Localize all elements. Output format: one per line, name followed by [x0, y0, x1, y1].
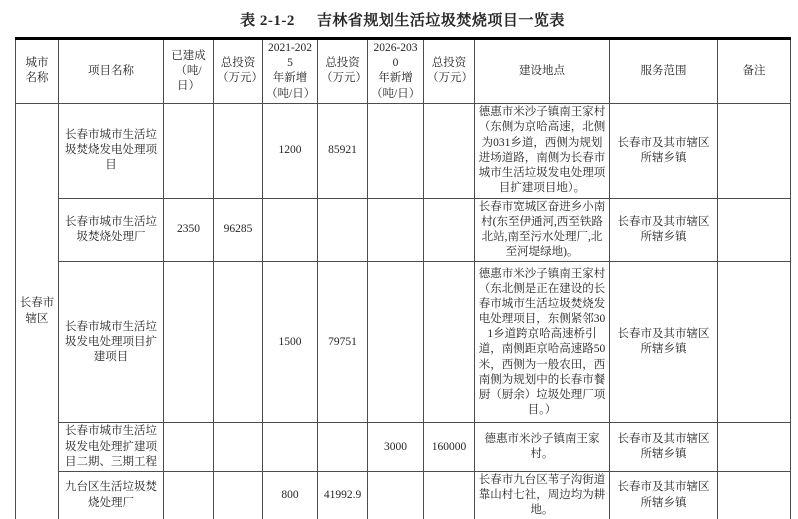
- table-title-text: 吉林省规划生活垃圾焚烧项目一览表: [317, 13, 565, 29]
- investment-2026-2030-cell: [424, 262, 475, 423]
- table-number: 表 2-1-2: [240, 13, 295, 29]
- table-row: 长春市 辖区 长春市城市生活垃圾焚烧发电处理项目 1200 85921 德惠市米…: [16, 103, 791, 198]
- location-cell: 长春市宽城区奋进乡小南村(东至伊通河,西至铁路北站,南至污水处理厂,北至河堤绿地…: [475, 198, 610, 262]
- built-investment-cell: [214, 103, 263, 198]
- service-area-cell: 长春市及其市辖区所辖乡镇: [610, 103, 718, 198]
- col-header-service-area: 服务范围: [610, 39, 718, 104]
- waste-incineration-projects-table: 城市 名称 项目名称 已建成 （吨/日） 总投资 （万元） 2021-2025 …: [15, 37, 791, 519]
- investment-2026-2030-cell: [424, 103, 475, 198]
- project-name-cell: 长春市城市生活垃圾发电处理项目扩建项目: [59, 262, 164, 423]
- location-cell: 长春市九台区苇子沟街道靠山村七社，周边均为耕地。: [475, 471, 610, 519]
- investment-2026-2030-cell: [424, 471, 475, 519]
- col-header-note: 备注: [718, 39, 791, 104]
- built-investment-cell: [214, 471, 263, 519]
- header-row: 城市 名称 项目名称 已建成 （吨/日） 总投资 （万元） 2021-2025 …: [16, 39, 791, 104]
- service-area-cell: 长春市及其市辖区所辖乡镇: [610, 198, 718, 262]
- location-cell: 德惠市米沙子镇南王家村（东侧为京哈高速，北侧为031乡道，西侧为规划进场道路，南…: [475, 103, 610, 198]
- investment-2026-2030-cell: 160000: [424, 423, 475, 472]
- new-2026-2030-cell: [368, 198, 424, 262]
- built-capacity-cell: 2350: [164, 198, 214, 262]
- note-cell: [718, 262, 791, 423]
- note-cell: [718, 471, 791, 519]
- built-capacity-cell: [164, 471, 214, 519]
- table-row: 长春市城市生活垃圾发电处理项目扩建项目 1500 79751 德惠市米沙子镇南王…: [16, 262, 791, 423]
- col-header-investment-2026-2030: 总投资 （万元）: [424, 39, 475, 104]
- new-2021-2025-cell: [263, 423, 318, 472]
- city-group-cell: 长春市 辖区: [16, 103, 59, 519]
- table-row: 长春市城市生活垃圾发电处理扩建项目二期、三期工程 3000 160000 德惠市…: [16, 423, 791, 472]
- built-capacity-cell: [164, 262, 214, 423]
- new-2021-2025-cell: 1500: [263, 262, 318, 423]
- location-cell: 德惠市米沙子镇南王家村（东北侧是正在建设的长春市城市生活垃圾焚烧发电处理项目，东…: [475, 262, 610, 423]
- table-row: 九台区生活垃圾焚烧处理厂 800 41992.9 长春市九台区苇子沟街道靠山村七…: [16, 471, 791, 519]
- built-capacity-cell: [164, 103, 214, 198]
- built-investment-cell: [214, 262, 263, 423]
- col-header-built-investment: 总投资 （万元）: [214, 39, 263, 104]
- location-cell: 德惠市米沙子镇南王家村。: [475, 423, 610, 472]
- col-header-built: 已建成 （吨/日）: [164, 39, 214, 104]
- new-2026-2030-cell: [368, 471, 424, 519]
- col-header-investment-2021-2025: 总投资 （万元）: [318, 39, 368, 104]
- investment-2021-2025-cell: 85921: [318, 103, 368, 198]
- col-header-project: 项目名称: [59, 39, 164, 104]
- col-header-city: 城市 名称: [16, 39, 59, 104]
- new-2026-2030-cell: [368, 262, 424, 423]
- col-header-new-2026-2030: 2026-2030 年新增 （吨/日）: [368, 39, 424, 104]
- new-2021-2025-cell: 1200: [263, 103, 318, 198]
- investment-2021-2025-cell: 41992.9: [318, 471, 368, 519]
- new-2026-2030-cell: 3000: [368, 423, 424, 472]
- new-2021-2025-cell: 800: [263, 471, 318, 519]
- new-2021-2025-cell: [263, 198, 318, 262]
- col-header-new-2021-2025: 2021-2025 年新增 （吨/日）: [263, 39, 318, 104]
- note-cell: [718, 423, 791, 472]
- project-name-cell: 长春市城市生活垃圾焚烧处理厂: [59, 198, 164, 262]
- note-cell: [718, 198, 791, 262]
- service-area-cell: 长春市及其市辖区所辖乡镇: [610, 471, 718, 519]
- table-title: 表 2-1-2吉林省规划生活垃圾焚烧项目一览表: [15, 9, 790, 30]
- built-investment-cell: [214, 423, 263, 472]
- built-capacity-cell: [164, 423, 214, 472]
- table-row: 长春市城市生活垃圾焚烧处理厂 2350 96285 长春市宽城区奋进乡小南村(东…: [16, 198, 791, 262]
- built-investment-cell: 96285: [214, 198, 263, 262]
- new-2026-2030-cell: [368, 103, 424, 198]
- investment-2021-2025-cell: 79751: [318, 262, 368, 423]
- document-page: 表 2-1-2吉林省规划生活垃圾焚烧项目一览表 城市 名称 项目名称 已建成 （…: [0, 0, 798, 519]
- note-cell: [718, 103, 791, 198]
- investment-2021-2025-cell: [318, 198, 368, 262]
- investment-2021-2025-cell: [318, 423, 368, 472]
- project-name-cell: 九台区生活垃圾焚烧处理厂: [59, 471, 164, 519]
- service-area-cell: 长春市及其市辖区所辖乡镇: [610, 423, 718, 472]
- service-area-cell: 长春市及其市辖区所辖乡镇: [610, 262, 718, 423]
- project-name-cell: 长春市城市生活垃圾焚烧发电处理项目: [59, 103, 164, 198]
- col-header-location: 建设地点: [475, 39, 610, 104]
- investment-2026-2030-cell: [424, 198, 475, 262]
- project-name-cell: 长春市城市生活垃圾发电处理扩建项目二期、三期工程: [59, 423, 164, 472]
